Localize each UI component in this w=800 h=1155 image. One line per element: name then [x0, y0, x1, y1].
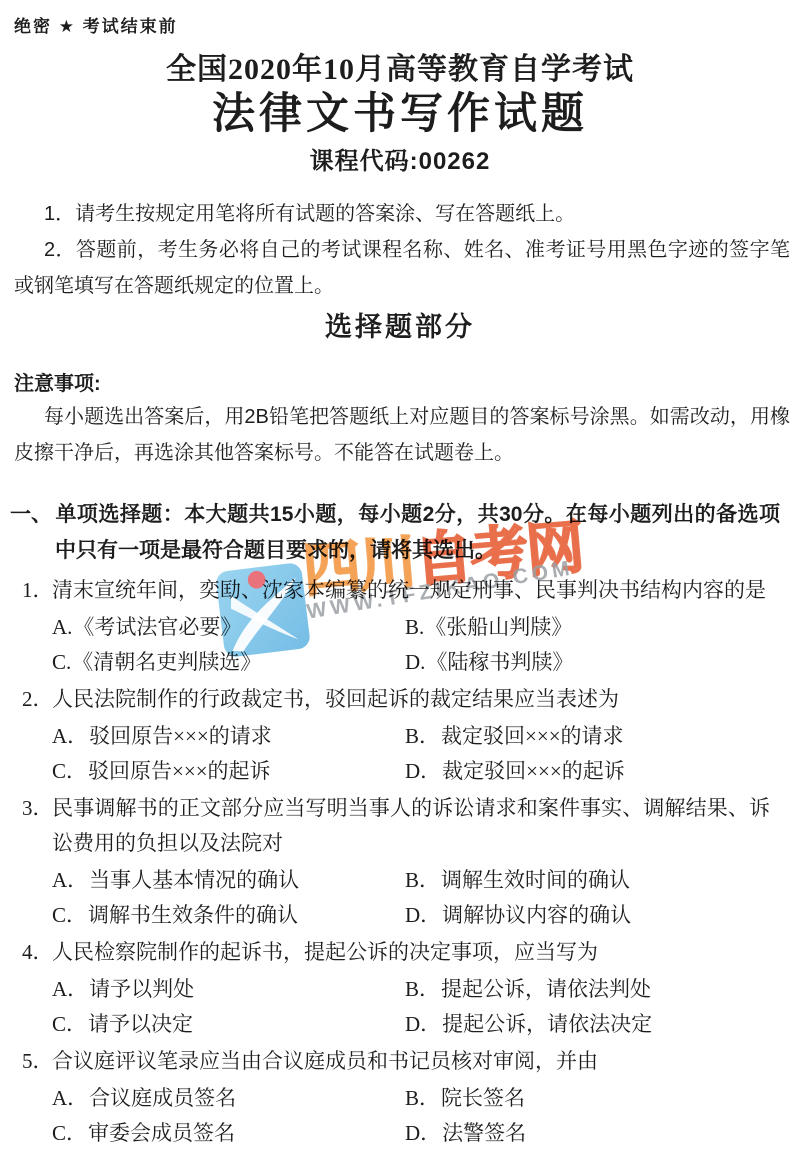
option-a: A．驳回原告×××的请求	[52, 719, 405, 754]
part-one-heading-text: 单项选择题：本大题共15小题，每小题2分，共30分。在每小题列出的备选项中只有一…	[55, 503, 780, 562]
question-stem-text: 合议庭评议笔录应当由合议庭成员和书记员核对审阅，并由	[52, 1049, 598, 1073]
option-text: 请予以判处	[89, 977, 194, 1001]
notes-body: 每小题选出答案后，用2B铅笔把答题纸上对应题目的答案标号涂黑。如需改动，用橡皮擦…	[14, 399, 790, 471]
option-text: 院长签名	[441, 1086, 525, 1110]
option-text: 裁定驳回×××的起诉	[442, 759, 625, 783]
exam-paper-page: { "header": { "classification": "绝密 ★ 考试…	[0, 0, 800, 1155]
option-c: C.《清朝名吏判牍选》	[52, 645, 405, 680]
option-text: 法警签名	[442, 1121, 526, 1145]
option-d: D．提起公诉，请依法决定	[405, 1007, 770, 1042]
exam-title-line2: 法律文书写作试题	[0, 80, 800, 141]
option-label: C.	[52, 650, 71, 674]
option-label: A．	[52, 724, 88, 748]
option-text: 《陆稼书判牍》	[426, 650, 573, 674]
option-label: C．	[52, 759, 87, 783]
option-label: A.	[52, 615, 72, 639]
question-stem-text: 民事调解书的正文部分应当写明当事人的诉讼请求和案件事实、调解结果、诉讼费用的负担…	[52, 796, 770, 855]
option-a: A.《考试法官必要》	[52, 610, 405, 645]
instruction-item-2: 2．答题前，考生务必将自己的考试课程名称、姓名、准考证号用黑色字迹的签字笔或钢笔…	[14, 232, 790, 304]
option-label: B．	[405, 868, 440, 892]
instruction-item-1: 1．请考生按规定用笔将所有试题的答案涂、写在答题纸上。	[14, 196, 790, 232]
question-stem: 5．合议庭评议笔录应当由合议庭成员和书记员核对审阅，并由	[22, 1044, 770, 1079]
option-d: D.《陆稼书判牍》	[405, 645, 770, 680]
question-stem: 2．人民法院制作的行政裁定书，驳回起诉的裁定结果应当表述为	[22, 682, 770, 717]
option-b: B．院长签名	[405, 1081, 770, 1116]
option-b: B．裁定驳回×××的请求	[405, 719, 770, 754]
option-c: C．调解书生效条件的确认	[52, 898, 405, 933]
option-c: C．请予以决定	[52, 1007, 405, 1042]
question-number: 3．	[22, 791, 52, 826]
question-stem-text: 人民法院制作的行政裁定书，驳回起诉的裁定结果应当表述为	[52, 687, 619, 711]
option-label: B.	[405, 615, 424, 639]
option-label: B．	[405, 977, 440, 1001]
option-text: 裁定驳回×××的请求	[441, 724, 624, 748]
question-4: 4．人民检察院制作的起诉书，提起公诉的决定事项，应当写为 A．请予以判处 B．提…	[22, 935, 770, 1042]
part-one-heading: 一、单项选择题：本大题共15小题，每小题2分，共30分。在每小题列出的备选项中只…	[10, 497, 780, 569]
option-text: 当事人基本情况的确认	[89, 868, 299, 892]
option-label: A．	[52, 1086, 88, 1110]
option-b: B．提起公诉，请依法判处	[405, 972, 770, 1007]
option-label: B．	[405, 1086, 440, 1110]
option-label: A．	[52, 868, 88, 892]
option-label: B．	[405, 724, 440, 748]
option-text: 《清朝名吏判牍选》	[72, 650, 261, 674]
question-number: 1．	[22, 573, 52, 608]
question-number: 5．	[22, 1044, 52, 1079]
part-one-number: 一、	[10, 497, 55, 533]
option-text: 《张船山判牍》	[425, 615, 572, 639]
question-options: A．合议庭成员签名 B．院长签名 C．审委会成员签名 D．法警签名	[52, 1081, 770, 1151]
option-label: D．	[405, 759, 441, 783]
question-2: 2．人民法院制作的行政裁定书，驳回起诉的裁定结果应当表述为 A．驳回原告×××的…	[22, 682, 770, 789]
option-text: 请予以决定	[88, 1012, 193, 1036]
option-c: C．审委会成员签名	[52, 1116, 405, 1151]
question-3: 3．民事调解书的正文部分应当写明当事人的诉讼请求和案件事实、调解结果、诉讼费用的…	[22, 791, 770, 933]
question-options: A．请予以判处 B．提起公诉，请依法判处 C．请予以决定 D．提起公诉，请依法决…	[52, 972, 770, 1042]
question-number: 2．	[22, 682, 52, 717]
option-c: C．驳回原告×××的起诉	[52, 754, 405, 789]
question-stem-text: 人民检察院制作的起诉书，提起公诉的决定事项，应当写为	[52, 940, 598, 964]
option-label: C．	[52, 1012, 87, 1036]
option-d: D．调解协议内容的确认	[405, 898, 770, 933]
option-label: D．	[405, 1012, 441, 1036]
question-list: 1．清末宣统年间，奕劻、沈家本编纂的统一规定刑事、民事判决书结构内容的是 A.《…	[22, 573, 770, 1153]
question-5: 5．合议庭评议笔录应当由合议庭成员和书记员核对审阅，并由 A．合议庭成员签名 B…	[22, 1044, 770, 1151]
question-stem: 1．清末宣统年间，奕劻、沈家本编纂的统一规定刑事、民事判决书结构内容的是	[22, 573, 770, 608]
option-text: 提起公诉，请依法决定	[442, 1012, 652, 1036]
option-text: 驳回原告×××的起诉	[88, 759, 271, 783]
option-text: 驳回原告×××的请求	[89, 724, 272, 748]
option-label: D．	[405, 1121, 441, 1145]
option-label: A．	[52, 977, 88, 1001]
option-text: 审委会成员签名	[88, 1121, 235, 1145]
question-stem: 3．民事调解书的正文部分应当写明当事人的诉讼请求和案件事实、调解结果、诉讼费用的…	[22, 791, 770, 861]
option-text: 合议庭成员签名	[89, 1086, 236, 1110]
option-text: 提起公诉，请依法判处	[441, 977, 651, 1001]
course-code: 课程代码:00262	[0, 141, 800, 176]
notes-label: 注意事项:	[14, 367, 101, 396]
option-a: A．合议庭成员签名	[52, 1081, 405, 1116]
section-title: 选择题部分	[0, 305, 800, 344]
option-text: 调解书生效条件的确认	[88, 903, 298, 927]
option-text: 调解生效时间的确认	[441, 868, 630, 892]
option-label: D.	[405, 650, 425, 674]
option-label: D．	[405, 903, 441, 927]
question-stem-text: 清末宣统年间，奕劻、沈家本编纂的统一规定刑事、民事判决书结构内容的是	[52, 578, 766, 602]
option-a: A．当事人基本情况的确认	[52, 863, 405, 898]
question-options: A．当事人基本情况的确认 B．调解生效时间的确认 C．调解书生效条件的确认 D．…	[52, 863, 770, 933]
option-label: C．	[52, 1121, 87, 1145]
question-options: A．驳回原告×××的请求 B．裁定驳回×××的请求 C．驳回原告×××的起诉 D…	[52, 719, 770, 789]
question-stem: 4．人民检察院制作的起诉书，提起公诉的决定事项，应当写为	[22, 935, 770, 970]
classification-banner: 绝密 ★ 考试结束前	[14, 12, 178, 37]
option-d: D．法警签名	[405, 1116, 770, 1151]
question-number: 4．	[22, 935, 52, 970]
option-b: B．调解生效时间的确认	[405, 863, 770, 898]
option-d: D．裁定驳回×××的起诉	[405, 754, 770, 789]
question-options: A.《考试法官必要》 B.《张船山判牍》 C.《清朝名吏判牍选》 D.《陆稼书判…	[52, 610, 770, 680]
option-b: B.《张船山判牍》	[405, 610, 770, 645]
option-text: 《考试法官必要》	[73, 615, 241, 639]
option-text: 调解协议内容的确认	[442, 903, 631, 927]
question-1: 1．清末宣统年间，奕劻、沈家本编纂的统一规定刑事、民事判决书结构内容的是 A.《…	[22, 573, 770, 680]
option-label: C．	[52, 903, 87, 927]
option-a: A．请予以判处	[52, 972, 405, 1007]
